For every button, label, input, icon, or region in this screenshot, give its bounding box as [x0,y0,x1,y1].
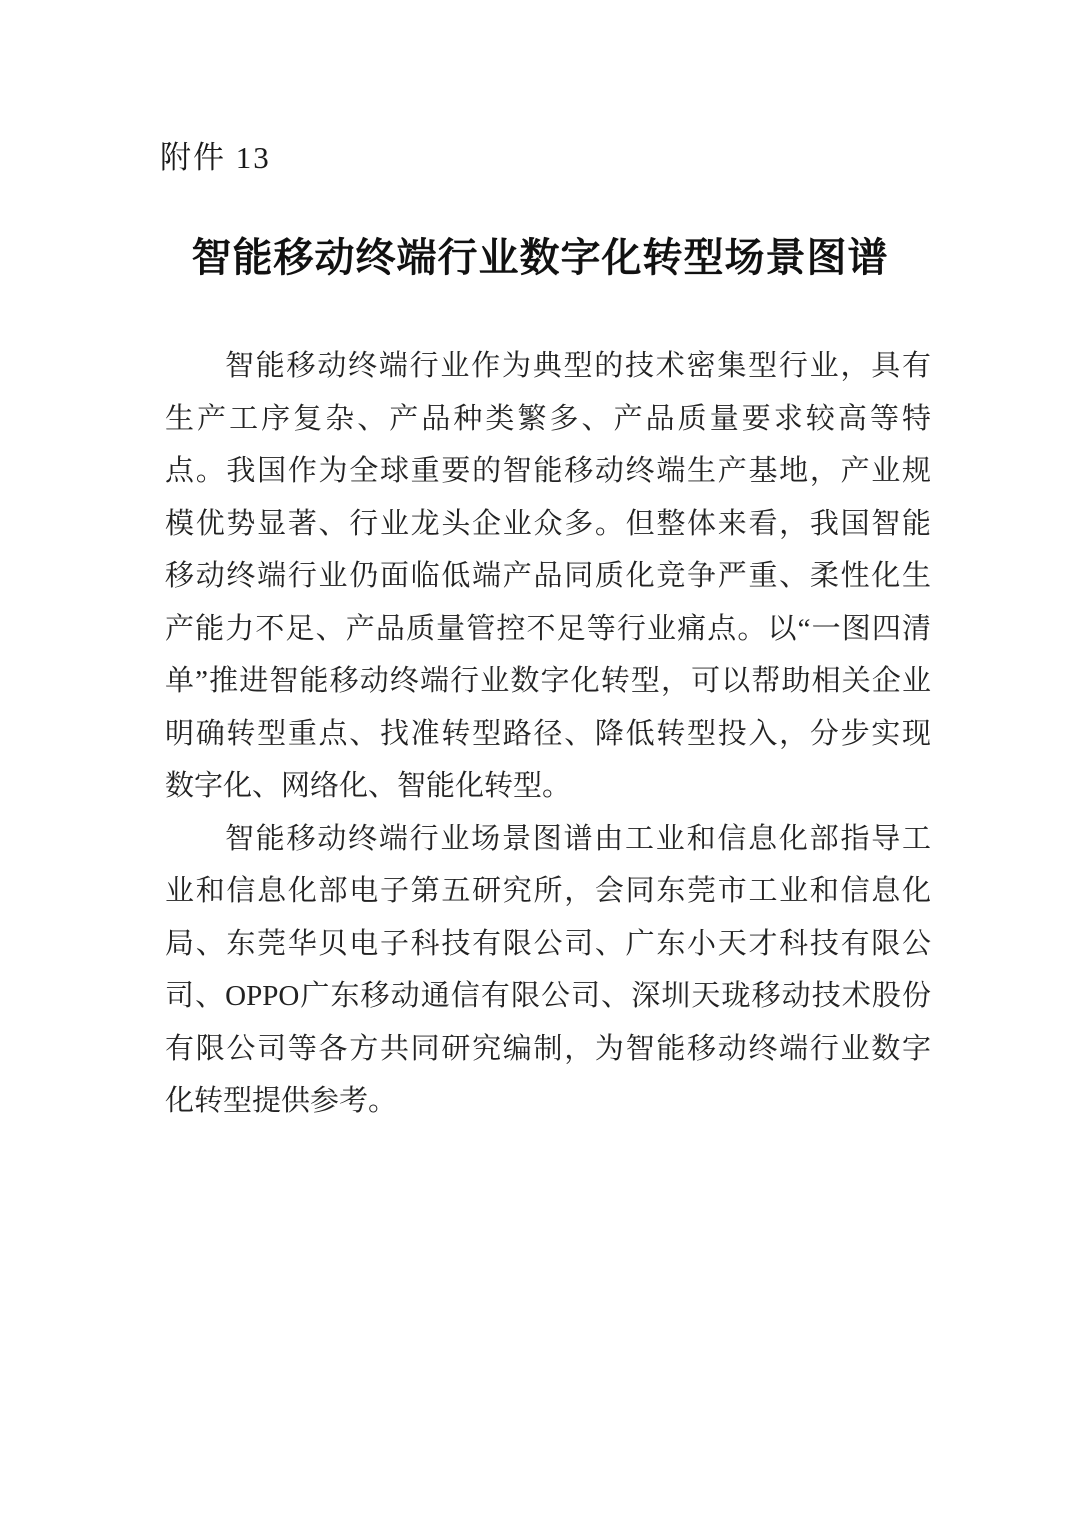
text-line: 单”推进智能移动终端行业数字化转型，可以帮助相关企业 [165,655,931,708]
text-line: 点。我国作为全球重要的智能移动终端生产基地，产业规 [165,445,931,498]
text-line: 司、OPPO广东移动通信有限公司、深圳天珑移动技术股份 [165,970,931,1023]
text-line: 明确转型重点、找准转型路径、降低转型投入，分步实现 [165,708,931,761]
text-line: 智能移动终端行业作为典型的技术密集型行业，具有 [165,340,931,393]
text-line: 化转型提供参考。 [165,1075,931,1128]
text-line: 有限公司等各方共同研究编制，为智能移动终端行业数字 [165,1023,931,1076]
text-line: 产能力不足、产品质量管控不足等行业痛点。以“一图四清 [165,603,931,656]
document-body: 智能移动终端行业作为典型的技术密集型行业，具有 生产工序复杂、产品种类繁多、产品… [165,340,931,1128]
text-line: 智能移动终端行业场景图谱由工业和信息化部指导工 [165,813,931,866]
text-line: 移动终端行业仍面临低端产品同质化竞争严重、柔性化生 [165,550,931,603]
paragraph-2: 智能移动终端行业场景图谱由工业和信息化部指导工 业和信息化部电子第五研究所，会同… [165,813,931,1128]
text-line: 生产工序复杂、产品种类繁多、产品质量要求较高等特 [165,393,931,446]
document-page: 附件 13 智能移动终端行业数字化转型场景图谱 智能移动终端行业作为典型的技术密… [0,0,1080,1527]
text-line: 数字化、网络化、智能化转型。 [165,760,931,813]
document-title: 智能移动终端行业数字化转型场景图谱 [0,226,1080,283]
text-line: 业和信息化部电子第五研究所，会同东莞市工业和信息化 [165,865,931,918]
paragraph-1: 智能移动终端行业作为典型的技术密集型行业，具有 生产工序复杂、产品种类繁多、产品… [165,340,931,813]
attachment-label: 附件 13 [160,132,271,177]
text-line: 局、东莞华贝电子科技有限公司、广东小天才科技有限公 [165,918,931,971]
text-line: 模优势显著、行业龙头企业众多。但整体来看，我国智能 [165,498,931,551]
